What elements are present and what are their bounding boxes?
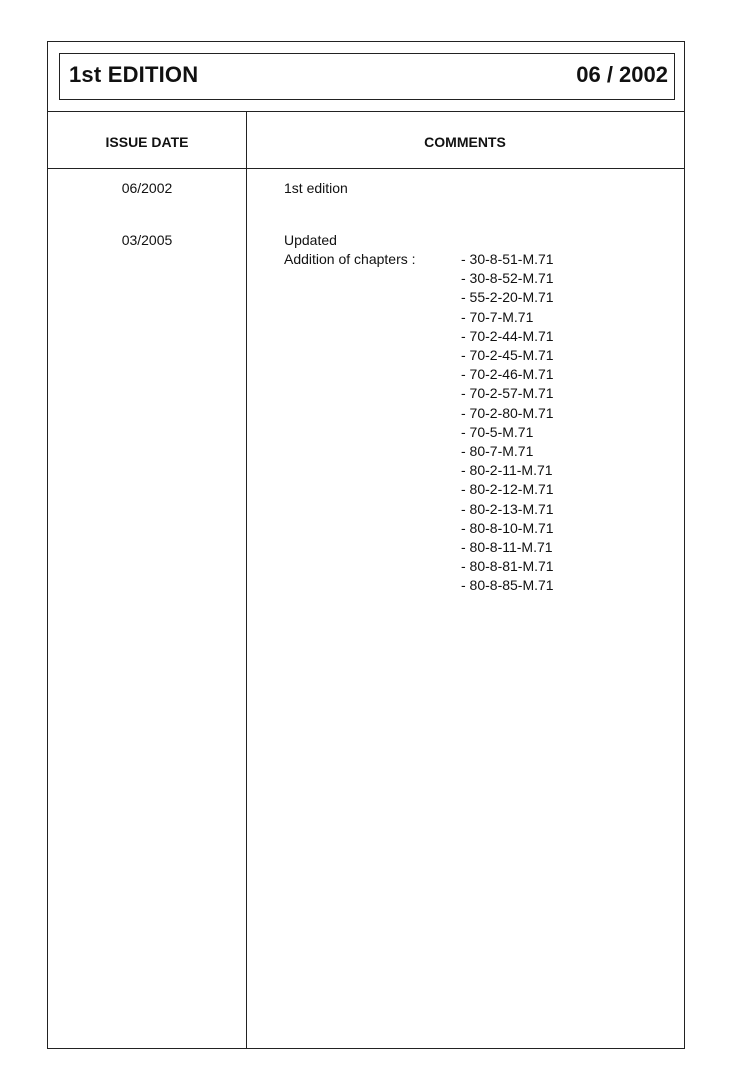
chapter-item: - 70-2-44-M.71 (461, 327, 554, 346)
row-1-date: 06/2002 (48, 179, 246, 198)
chapter-item: - 70-7-M.71 (461, 308, 554, 327)
chapter-item: - 55-2-20-M.71 (461, 288, 554, 307)
row-2-comment: Updated (284, 231, 337, 250)
chapter-item: - 30-8-52-M.71 (461, 269, 554, 288)
column-header-issue-date: ISSUE DATE (48, 134, 246, 150)
divider (48, 168, 684, 169)
column-divider (246, 111, 247, 1048)
chapter-item: - 80-2-11-M.71 (461, 461, 554, 480)
revision-table: 1st EDITION 06 / 2002 ISSUE DATE COMMENT… (47, 41, 685, 1049)
chapter-list: - 30-8-51-M.71- 30-8-52-M.71- 55-2-20-M.… (461, 250, 554, 596)
edition-label: 1st EDITION (69, 62, 198, 88)
divider (48, 111, 684, 112)
chapter-item: - 70-2-46-M.71 (461, 365, 554, 384)
chapter-item: - 80-8-85-M.71 (461, 576, 554, 595)
chapter-item: - 80-8-11-M.71 (461, 538, 554, 557)
row-2-sub-label: Addition of chapters : (284, 250, 416, 269)
row-1-comment: 1st edition (284, 179, 348, 198)
edition-title-box: 1st EDITION 06 / 2002 (59, 53, 675, 100)
column-header-comments: COMMENTS (246, 134, 684, 150)
chapter-item: - 80-8-81-M.71 (461, 557, 554, 576)
chapter-item: - 70-2-80-M.71 (461, 404, 554, 423)
chapter-item: - 70-2-57-M.71 (461, 384, 554, 403)
chapter-item: - 80-8-10-M.71 (461, 519, 554, 538)
row-2-date: 03/2005 (48, 231, 246, 250)
chapter-item: - 80-2-12-M.71 (461, 480, 554, 499)
edition-date: 06 / 2002 (576, 62, 668, 88)
chapter-item: - 80-2-13-M.71 (461, 500, 554, 519)
chapter-item: - 80-7-M.71 (461, 442, 554, 461)
chapter-item: - 30-8-51-M.71 (461, 250, 554, 269)
chapter-item: - 70-2-45-M.71 (461, 346, 554, 365)
chapter-item: - 70-5-M.71 (461, 423, 554, 442)
